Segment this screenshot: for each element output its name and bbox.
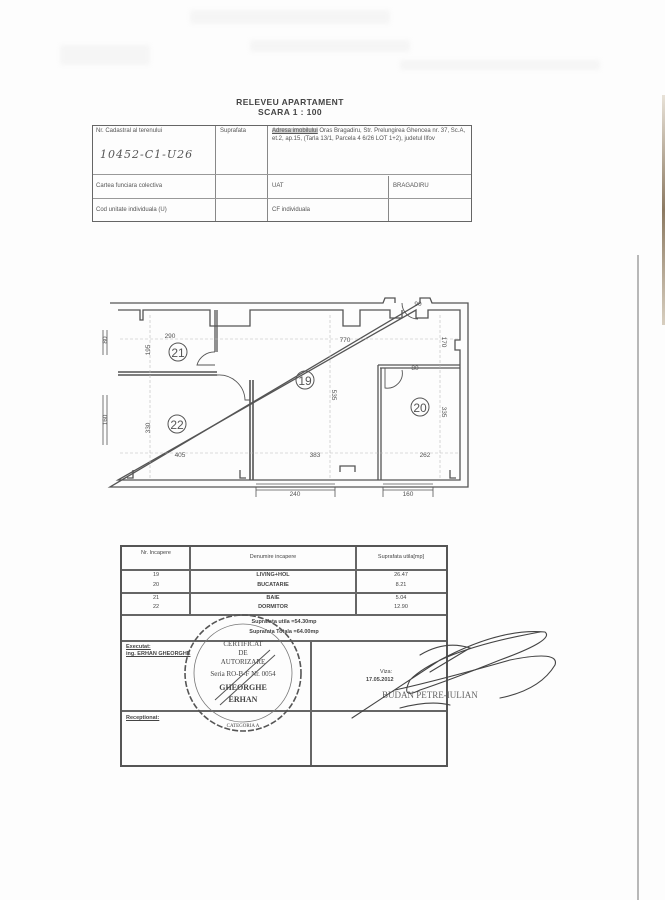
stamp-ring-text: CATEGORIA A	[227, 724, 260, 729]
stamp-line3: AUTORIZARE	[221, 658, 266, 666]
stamp-line2: DE	[238, 649, 247, 657]
stamp-line6: ERHAN	[229, 695, 258, 704]
stamp-line1: CERTIFICAT	[223, 640, 263, 648]
certification-stamp: CERTIFICAT DE AUTORIZARE Seria RO-B-F Nr…	[0, 0, 665, 900]
